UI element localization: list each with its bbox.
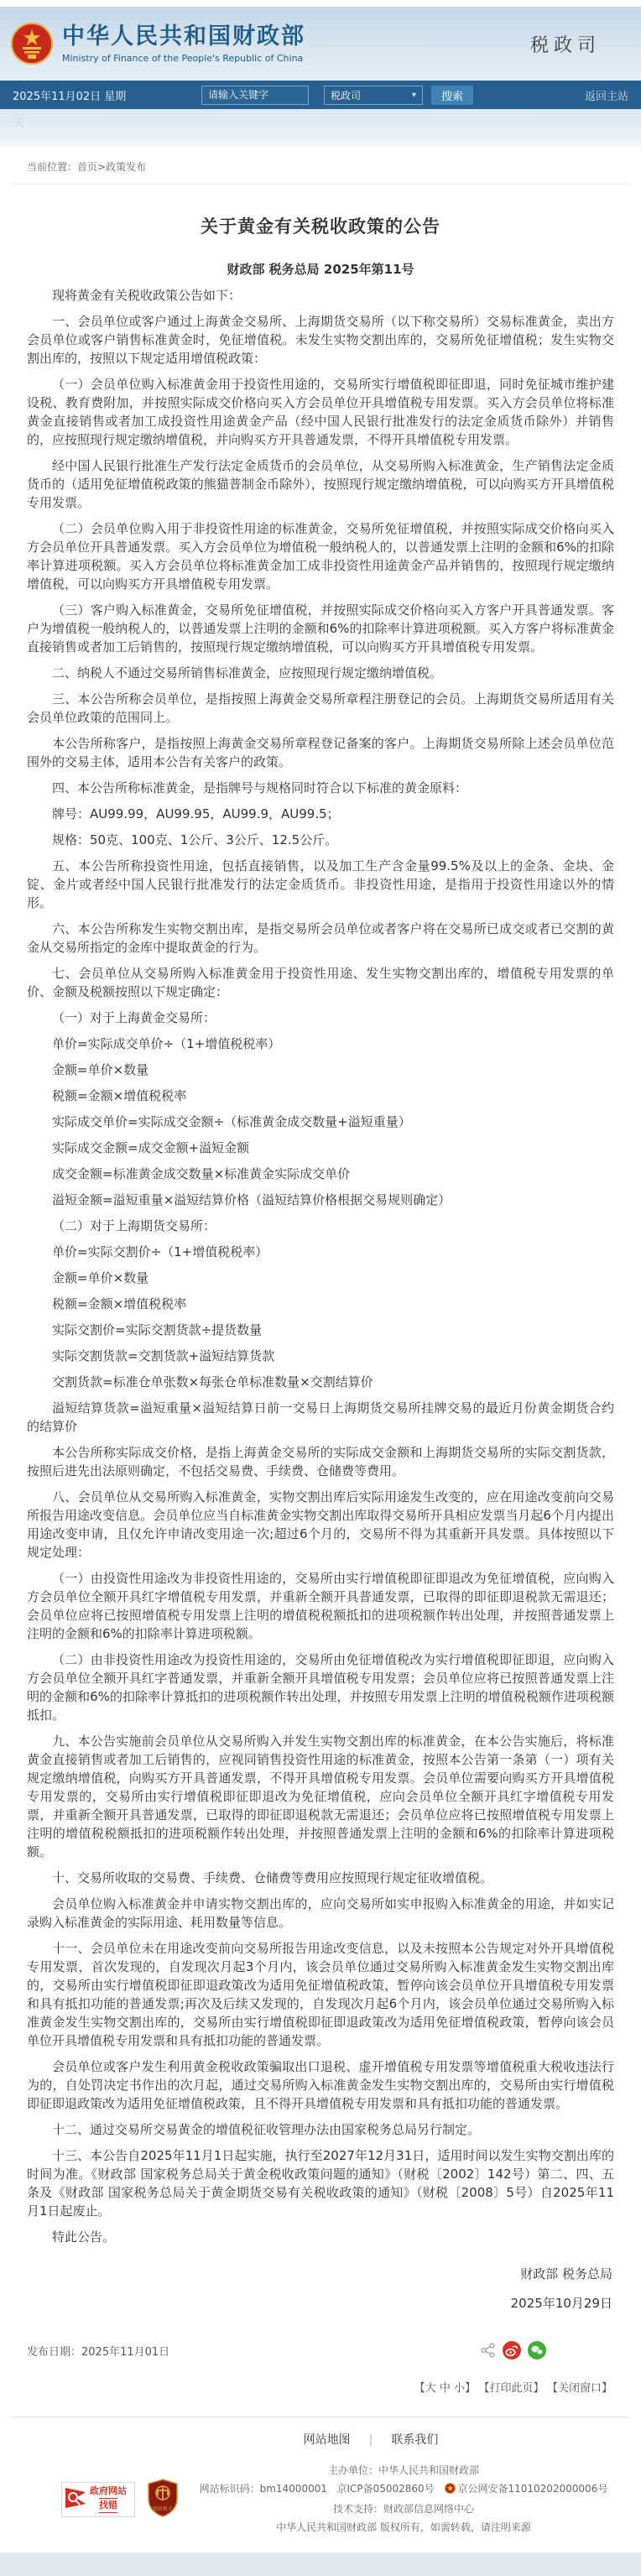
footer-info: 主办单位：中华人民共和国财政部 网站标识码：bm14000001 京ICP备05…: [179, 2459, 628, 2539]
magnifier-flag-icon: [65, 2487, 86, 2512]
site-header: 中华人民共和国财政部 Ministry of Finance of the Pe…: [0, 7, 641, 81]
party-gov-shield-badge[interactable]: 党政机关: [147, 2479, 179, 2521]
banner-image: 天: [0, 109, 641, 148]
footer-tech-line: 技术支持：财政部信息网络中心: [179, 2502, 628, 2516]
national-emblem-icon: [10, 22, 54, 65]
icp-number[interactable]: 京ICP备05002860号: [336, 2483, 434, 2495]
article-paragraph: 现将黄金有关税收政策公告如下：: [27, 286, 614, 305]
top-strip: [0, 0, 641, 7]
publish-date: 发布日期：2025年11月01日: [27, 2343, 169, 2359]
article-paragraph: （一）对于上海黄金交易所：: [27, 1009, 614, 1027]
article-paragraph: 单价=实际成交单价÷（1+增值税税率）: [27, 1035, 614, 1053]
article-paragraph: 四、本公告所称标准黄金，是指牌号与规格同时符合以下标准的黄金原料：: [27, 779, 614, 797]
footer-links: 网站地图|联系我们: [13, 2431, 628, 2448]
footer-host-line: 主办单位：中华人民共和国财政部: [179, 2464, 628, 2478]
return-main-site-link[interactable]: 返回主站: [585, 87, 628, 103]
article-paragraph: （二）对于上海期货交易所：: [27, 1217, 614, 1235]
gov-site-error-report-badge[interactable]: 政府网站 找错: [61, 2482, 135, 2517]
share-icon[interactable]: [480, 2342, 497, 2359]
page-toolbar: 【大 中 小】【打印此页】【关闭窗口】: [27, 2379, 612, 2395]
article-paragraph: 一、会员单位或客户通过上海黄金交易所、上海期货交易所（以下称交易所）交易标准黄金…: [27, 312, 614, 368]
site-brand[interactable]: 中华人民共和国财政部 Ministry of Finance of the Pe…: [10, 22, 305, 65]
article-paragraph: 会员单位或客户发生利用黄金税收政策骗取出口退税、虚开增值税专用发票等增值税重大税…: [27, 2057, 614, 2113]
article-title: 关于黄金有关税收政策的公告: [27, 213, 614, 238]
signature-agency: 财政部 税务总局: [27, 2265, 612, 2282]
article-paragraph: （一）由投资性用途改为非投资性用途的，交易所由实行增值税即征即退改为免征增值税，…: [27, 1569, 614, 1643]
gov-error-badge-bottom-text: 找错: [99, 2498, 117, 2513]
article-paragraph: 单价=实际交割价÷（1+增值税税率）: [27, 1243, 614, 1261]
breadcrumb-label: 当前位置：: [27, 161, 77, 173]
article-paragraph: 税额=金额×增值税税率: [27, 1295, 614, 1313]
weibo-icon[interactable]: [502, 2340, 522, 2360]
article-paragraph: 十一、会员单位未在用途改变前向交易所报告用途改变信息，以及未按照本公告规定对外开…: [27, 1939, 614, 2050]
footer-link-divider: |: [369, 2433, 373, 2447]
article-paragraph: 六、本公告所称发生实物交割出库，是指交易所会员单位或者客户将在交易所已成交或者已…: [27, 920, 614, 957]
article-container: 当前位置：首页>政策发布 关于黄金有关税收政策的公告 财政部 税务总局 2025…: [0, 148, 641, 2417]
footer-badges: 政府网站 找错 党政机关: [13, 2459, 179, 2539]
page: 中华人民共和国财政部 Ministry of Finance of the Pe…: [0, 0, 641, 2576]
footer-main: 政府网站 找错 党政机关 主办单位：中华人民共和国财政部 网站标识码：b: [13, 2459, 628, 2539]
article-paragraph: 金额=单价×数量: [27, 1061, 614, 1079]
sitemap-link[interactable]: 网站地图: [304, 2433, 351, 2447]
article-paragraph: 税额=金额×增值税税率: [27, 1087, 614, 1105]
article-paragraph: 交割货款=标准仓单张数×每张仓单标准数量×交割结算价: [27, 1373, 614, 1391]
article-paragraph: 实际交割价=实际交割货款÷提货数量: [27, 1321, 614, 1339]
article-paragraph: 规格：50克、100克、1公斤、3公斤、12.5公斤。: [27, 831, 614, 849]
article-paragraph: 会员单位购入标准黄金并申请实物交割出库的，应向交易所如实申报购入标准黄金的用途，…: [27, 1895, 614, 1932]
gov-error-badge-top-text: 政府网站: [90, 2485, 127, 2496]
document-number: 财政部 税务总局 2025年第11号: [27, 260, 614, 278]
article-paragraph: 特此公告。: [27, 2228, 614, 2246]
close-window-link[interactable]: 【关闭窗口】: [552, 2382, 612, 2395]
footer-siteid-line: 网站标识码：bm14000001 京ICP备05002860号 京公网安备110…: [179, 2482, 628, 2498]
beian-number[interactable]: 京公网安备11010202000006号: [458, 2483, 608, 2495]
site-id: 网站标识码：bm14000001: [200, 2483, 327, 2495]
article-paragraph: （一）会员单位购入标准黄金用于投资性用途的，交易所实行增值税即征即退，同时免征城…: [27, 375, 614, 449]
signature-date: 2025年10月29日: [27, 2294, 612, 2312]
article-paragraph: 十三、本公告自2025年11月1日起实施，执行至2027年12月31日，适用时间…: [27, 2146, 614, 2220]
site-subtitle-en: Ministry of Finance of the People's Repu…: [62, 53, 305, 64]
article-paragraph: 九、本公告实施前会员单位从交易所购入并发生实物交割出库的标准黄金，在本公告实施后…: [27, 1732, 614, 1861]
font-size-control[interactable]: 【大 中 小】: [414, 2382, 476, 2395]
breadcrumb: 当前位置：首页>政策发布: [13, 148, 628, 185]
article-paragraph: 八、会员单位从交易所购入标准黄金，实物交割出库后实际用途发生改变的，应在用途改变…: [27, 1488, 614, 1562]
article-paragraph: 经中国人民银行批准生产发行法定金质货币的会员单位，从交易所购入标准黄金，生产销售…: [27, 456, 614, 512]
article-paragraph: 溢短金额=溢短重量×溢短结算价格（溢短结算价格根据交易规则确定）: [27, 1191, 614, 1209]
shield-badge-text: 党政机关: [153, 2506, 173, 2512]
signature-block: 财政部 税务总局 2025年10月29日: [27, 2265, 612, 2312]
article-paragraph: 本公告所称客户，是指按照上海黄金交易所章程登记备案的客户。上海期货交易所除上述会…: [27, 734, 614, 771]
site-title: 中华人民共和国财政部: [62, 23, 305, 50]
article-paragraph: 实际成交单价=实际成交金额÷（标准黄金成交数量+溢短重量）: [27, 1113, 614, 1131]
publish-row: 发布日期：2025年11月01日: [27, 2340, 614, 2360]
search-scope-select[interactable]: 税政司 ▾: [324, 86, 423, 105]
article-paragraph: 二、纳税人不通过交易所销售标准黄金，应按照现行规定缴纳增值税。: [27, 664, 614, 682]
breadcrumb-path[interactable]: 首页>政策发布: [77, 161, 146, 173]
search-button[interactable]: 搜索: [431, 86, 473, 105]
share-icon-group: [480, 2340, 547, 2360]
article-paragraph: （三）客户购入标准黄金，交易所免征增值税，并按照实际成交价格向买入方客户开具普通…: [27, 601, 614, 656]
search-scope-value: 税政司: [331, 88, 361, 102]
navbar: 2025年11月02日 星期 税政司 ▾ 搜索 返回主站: [0, 81, 641, 109]
article-paragraph: 五、本公告所称投资性用途，包括直接销售，以及加工生产含金量99.5%及以上的金条…: [27, 857, 614, 912]
article-paragraph: 三、本公告所称会员单位，是指按照上海黄金交易所章程注册登记的会员。上海期货交易所…: [27, 690, 614, 727]
chevron-down-icon: ▾: [412, 91, 416, 100]
department-name: 税政司: [530, 31, 601, 57]
article-paragraph: 实际交割货款=交割货款+溢短结算货款: [27, 1347, 614, 1365]
article-paragraph: 实际成交金额=成交金额+溢短金额: [27, 1139, 614, 1157]
current-date: 2025年11月02日 星期: [13, 87, 138, 103]
print-page-link[interactable]: 【打印此页】: [484, 2382, 545, 2395]
article-paragraph: 七、会员单位从交易所购入标准黄金用于投资性用途、发生实物交割出库的，增值税专用发…: [27, 964, 614, 1001]
article-paragraph: 成交金额=标准黄金成交数量×标准黄金实际成交单价: [27, 1165, 614, 1183]
bottom-strip: [0, 2553, 641, 2576]
article-paragraph: 金额=单价×数量: [27, 1269, 614, 1287]
police-badge-icon: [445, 2483, 456, 2498]
footer-copyright-line: 中华人民共和国财政部 版权所有，如需转载，请注明来源: [179, 2521, 628, 2535]
article-paragraph: 牌号：AU99.99，AU99.95，AU99.9，AU99.5；: [27, 805, 614, 823]
article-paragraph: 本公告所称实际成交价格，是指上海黄金交易所的实际成交金额和上海期货交易所的实际交…: [27, 1443, 614, 1480]
article-paragraph: （二）会员单位购入用于非投资性用途的标准黄金，交易所免征增值税，并按照实际成交价…: [27, 519, 614, 593]
article-paragraph: （二）由非投资性用途改为投资性用途的，交易所由免征增值税改为实行增值税即征即退，…: [27, 1650, 614, 1724]
article-body: 现将黄金有关税收政策公告如下：一、会员单位或客户通过上海黄金交易所、上海期货交易…: [27, 286, 614, 2246]
search-input[interactable]: [201, 86, 309, 105]
footer: 网站地图|联系我们 政府网站 找错: [13, 2417, 628, 2544]
wechat-icon[interactable]: [527, 2340, 547, 2360]
article-paragraph: 十、交易所收取的交易费、手续费、仓储费等费用应按照现行规定征收增值税。: [27, 1869, 614, 1887]
date-overflow-text: 天: [13, 114, 24, 130]
article-paragraph: 十二、通过交易所交易黄金的增值税征收管理办法由国家税务总局另行制定。: [27, 2120, 614, 2139]
article-paragraph: 溢短结算货款=溢短重量×溢短结算日前一交易日上海期货交易所挂牌交易的最近月份黄金…: [27, 1399, 614, 1436]
contact-link[interactable]: 联系我们: [391, 2433, 438, 2447]
